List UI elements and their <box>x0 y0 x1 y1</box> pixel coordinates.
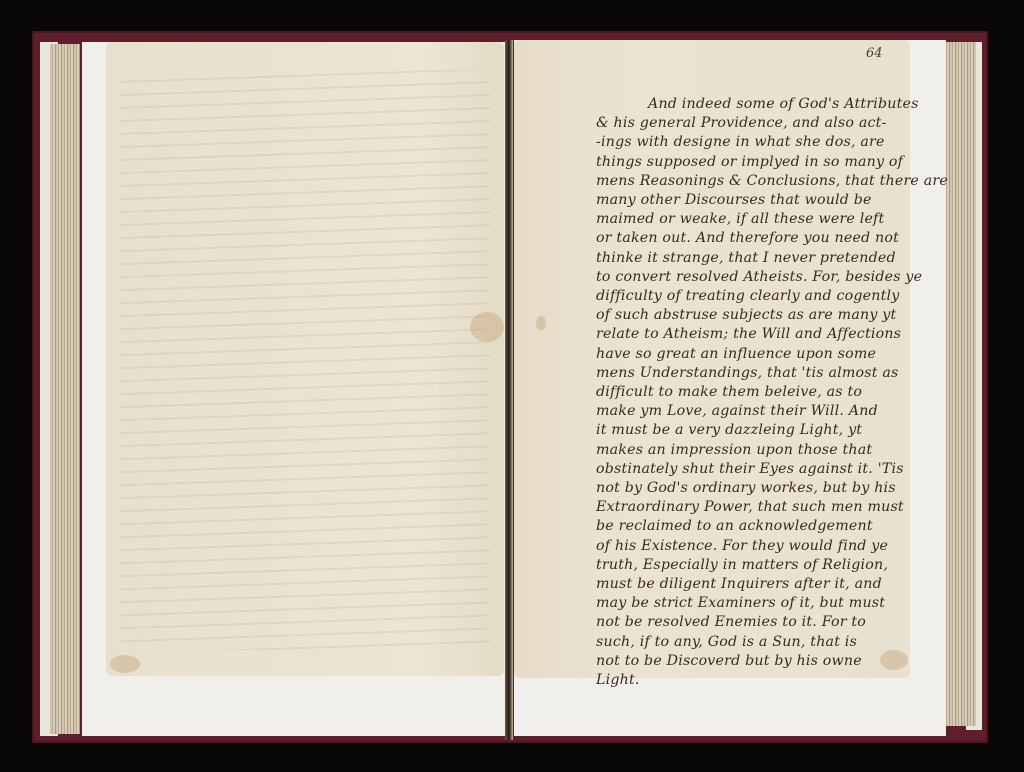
manuscript-line: may be strict Examiners of it, but must <box>596 594 946 613</box>
manuscript-line: must be diligent Inquirers after it, and <box>596 575 946 594</box>
manuscript-line: many other Discourses that would be <box>596 191 946 210</box>
manuscript-line: And indeed some of God's Attributes <box>596 95 946 114</box>
manuscript-line: mens Understandings, that 'tis almost as <box>596 364 946 383</box>
left-page-edges <box>50 44 80 734</box>
folio-number: 64 <box>866 46 883 61</box>
manuscript-line: not to be Discoverd but by his owne <box>596 652 946 671</box>
manuscript-line: difficulty of treating clearly and cogen… <box>596 287 946 306</box>
manuscript-line: or taken out. And therefore you need not <box>596 229 946 248</box>
manuscript-line: it must be a very dazzleing Light, yt <box>596 421 946 440</box>
manuscript-line: -ings with designe in what she dos, are <box>596 133 946 152</box>
manuscript-line: of such abstruse subjects as are many yt <box>596 306 946 325</box>
book-gutter <box>505 40 513 740</box>
manuscript-line: be reclaimed to an acknowledgement <box>596 517 946 536</box>
manuscript-line: Extraordinary Power, that such men must <box>596 498 946 517</box>
manuscript-line: not be resolved Enemies to it. For to <box>596 613 946 632</box>
foxing-stain <box>536 316 546 330</box>
manuscript-line: relate to Atheism; the Will and Affectio… <box>596 325 946 344</box>
manuscript-line: things supposed or implyed in so many of <box>596 153 946 172</box>
manuscript-line: makes an impression upon those that <box>596 441 946 460</box>
manuscript-line: not by God's ordinary workes, but by his <box>596 479 946 498</box>
manuscript-line: difficult to make them beleive, as to <box>596 383 946 402</box>
right-page-edges <box>944 42 976 726</box>
foxing-stain <box>470 312 504 342</box>
manuscript-line: to convert resolved Atheists. For, besid… <box>596 268 946 287</box>
manuscript-line: thinke it strange, that I never pretende… <box>596 249 946 268</box>
manuscript-line: & his general Providence, and also act- <box>596 114 946 133</box>
manuscript-line: of his Existence. For they would find ye <box>596 537 946 556</box>
manuscript-line: make ym Love, against their Will. And <box>596 402 946 421</box>
manuscript-line: maimed or weake, if all these were left <box>596 210 946 229</box>
manuscript-line: mens Reasonings & Conclusions, that ther… <box>596 172 946 191</box>
manuscript-line: such, if to any, God is a Sun, that is <box>596 633 946 652</box>
handwritten-text: And indeed some of God's Attributes & hi… <box>596 95 946 690</box>
manuscript-line: have so great an influence upon some <box>596 345 946 364</box>
manuscript-line: truth, Especially in matters of Religion… <box>596 556 946 575</box>
foxing-stain <box>110 655 140 673</box>
manuscript-line: Light. <box>596 671 946 690</box>
show-through-text <box>120 70 490 650</box>
manuscript-line: obstinately shut their Eyes against it. … <box>596 460 946 479</box>
